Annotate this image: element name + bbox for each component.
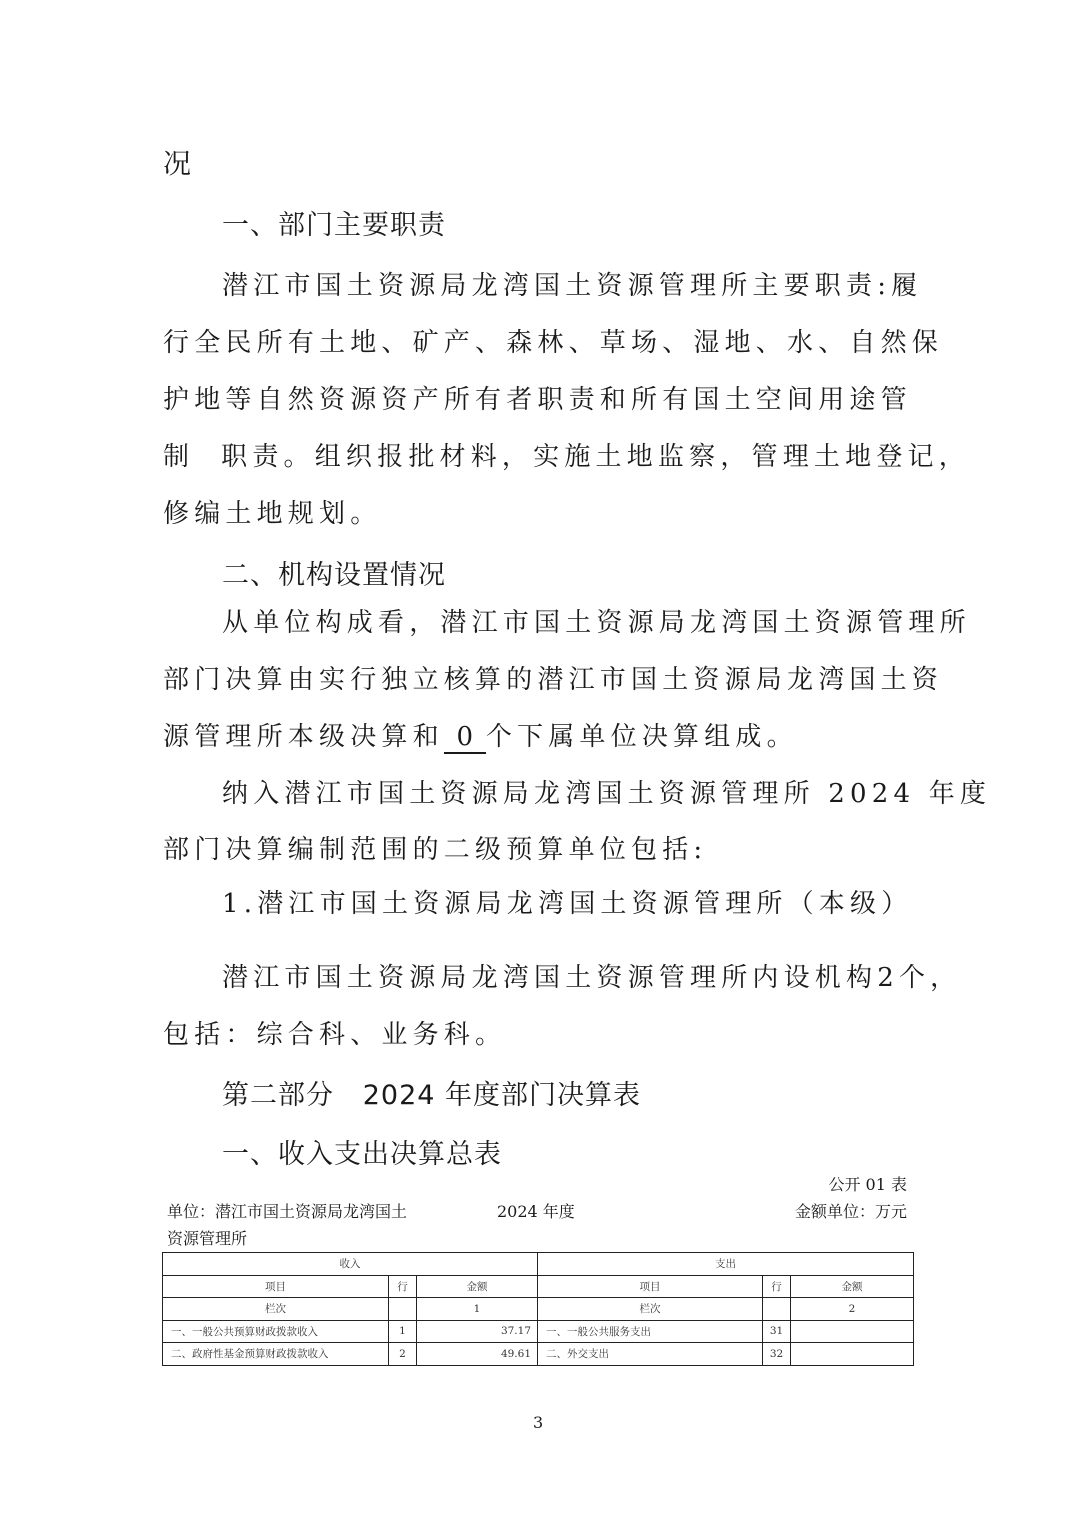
continued-text: 况 (163, 142, 192, 182)
body-line: 行全民所有土地、矿产、森林、草场、湿地、水、自然保 (163, 322, 943, 359)
index-label: 栏次 (163, 1298, 389, 1321)
body-line: 从单位构成看，潜江市国土资源局龙湾国土资源管理所 (222, 602, 971, 639)
income-amount: 37.17 (417, 1320, 538, 1343)
empty-cell (763, 1298, 791, 1321)
income-index: 1 (417, 1298, 538, 1321)
col-row: 行 (763, 1275, 791, 1298)
index-label: 栏次 (538, 1298, 763, 1321)
empty-cell (389, 1298, 417, 1321)
expense-amount (791, 1320, 914, 1343)
body-line: 部门决算编制范围的二级预算单位包括: (163, 829, 707, 866)
body-line: 护地等自然资源资产所有者职责和所有国土空间用途管 (163, 379, 912, 416)
table-column-header-row: 项目 行 金额 项目 行 金额 (163, 1275, 914, 1298)
section-heading-organization: 二、机构设置情况 (222, 553, 446, 592)
income-expense-table: 收入 支出 项目 行 金额 项目 行 金额 栏次 1 栏次 2 一、一般公共预算… (162, 1252, 914, 1366)
body-line: 修编土地规划。 (163, 493, 381, 530)
col-amount: 金额 (417, 1275, 538, 1298)
col-item: 项目 (538, 1275, 763, 1298)
expense-amount (791, 1343, 914, 1366)
income-amount: 49.61 (417, 1343, 538, 1366)
body-line: 潜江市国土资源局龙湾国土资源管理所内设机构2个， (222, 957, 961, 994)
expense-item: 一、一般公共服务支出 (538, 1320, 763, 1343)
income-item: 二、政府性基金预算财政拨款收入 (163, 1343, 389, 1366)
col-item: 项目 (163, 1275, 389, 1298)
body-line: 部门决算由实行独立核算的潜江市国土资源局龙湾国土资 (163, 659, 943, 696)
body-line: 潜江市国土资源局龙湾国土资源管理所主要职责:履 (222, 265, 922, 302)
income-item: 一、一般公共预算财政拨款收入 (163, 1320, 389, 1343)
list-item-unit: 1.潜江市国土资源局龙湾国土资源管理所（本级） (222, 883, 912, 920)
body-text: 个下属单位决算组成。 (486, 722, 798, 752)
section-heading-duties: 一、部门主要职责 (222, 203, 446, 242)
expense-item: 二、外交支出 (538, 1343, 763, 1366)
amount-unit: 金额单位：万元 (795, 1199, 907, 1222)
unit-label-cont: 资源管理所 (167, 1226, 247, 1249)
col-row: 行 (389, 1275, 417, 1298)
col-amount: 金额 (791, 1275, 914, 1298)
table-heading: 一、收入支出决算总表 (222, 1132, 502, 1171)
income-header: 收入 (163, 1253, 538, 1276)
body-text: 源管理所本级决算和 (163, 722, 444, 752)
table-header-row: 收入 支出 (163, 1253, 914, 1276)
body-line: 源管理所本级决算和0个下属单位决算组成。 (163, 716, 798, 754)
body-line: 纳入潜江市国土资源局龙湾国土资源管理所 2024 年度 (222, 773, 991, 810)
part-heading: 第二部分 2024 年度部门决算表 (222, 1073, 641, 1112)
expense-row-no: 32 (763, 1343, 791, 1366)
subordinate-unit-count: 0 (444, 722, 486, 754)
table-row: 一、一般公共预算财政拨款收入 1 37.17 一、一般公共服务支出 31 (163, 1320, 914, 1343)
page-number: 3 (533, 1413, 543, 1432)
fiscal-year: 2024 年度 (497, 1199, 575, 1222)
expense-index: 2 (791, 1298, 914, 1321)
income-row-no: 2 (389, 1343, 417, 1366)
table-row: 二、政府性基金预算财政拨款收入 2 49.61 二、外交支出 32 (163, 1343, 914, 1366)
expense-row-no: 31 (763, 1320, 791, 1343)
expense-header: 支出 (538, 1253, 914, 1276)
income-row-no: 1 (389, 1320, 417, 1343)
table-number: 公开 01 表 (828, 1172, 907, 1195)
body-line: 包括：综合科、业务科。 (163, 1014, 506, 1051)
body-line: 制 职责。组织报批材料，实施土地监察，管理土地登记， (163, 436, 970, 473)
unit-label: 单位：潜江市国土资源局龙湾国土 (167, 1199, 407, 1222)
table-index-row: 栏次 1 栏次 2 (163, 1298, 914, 1321)
